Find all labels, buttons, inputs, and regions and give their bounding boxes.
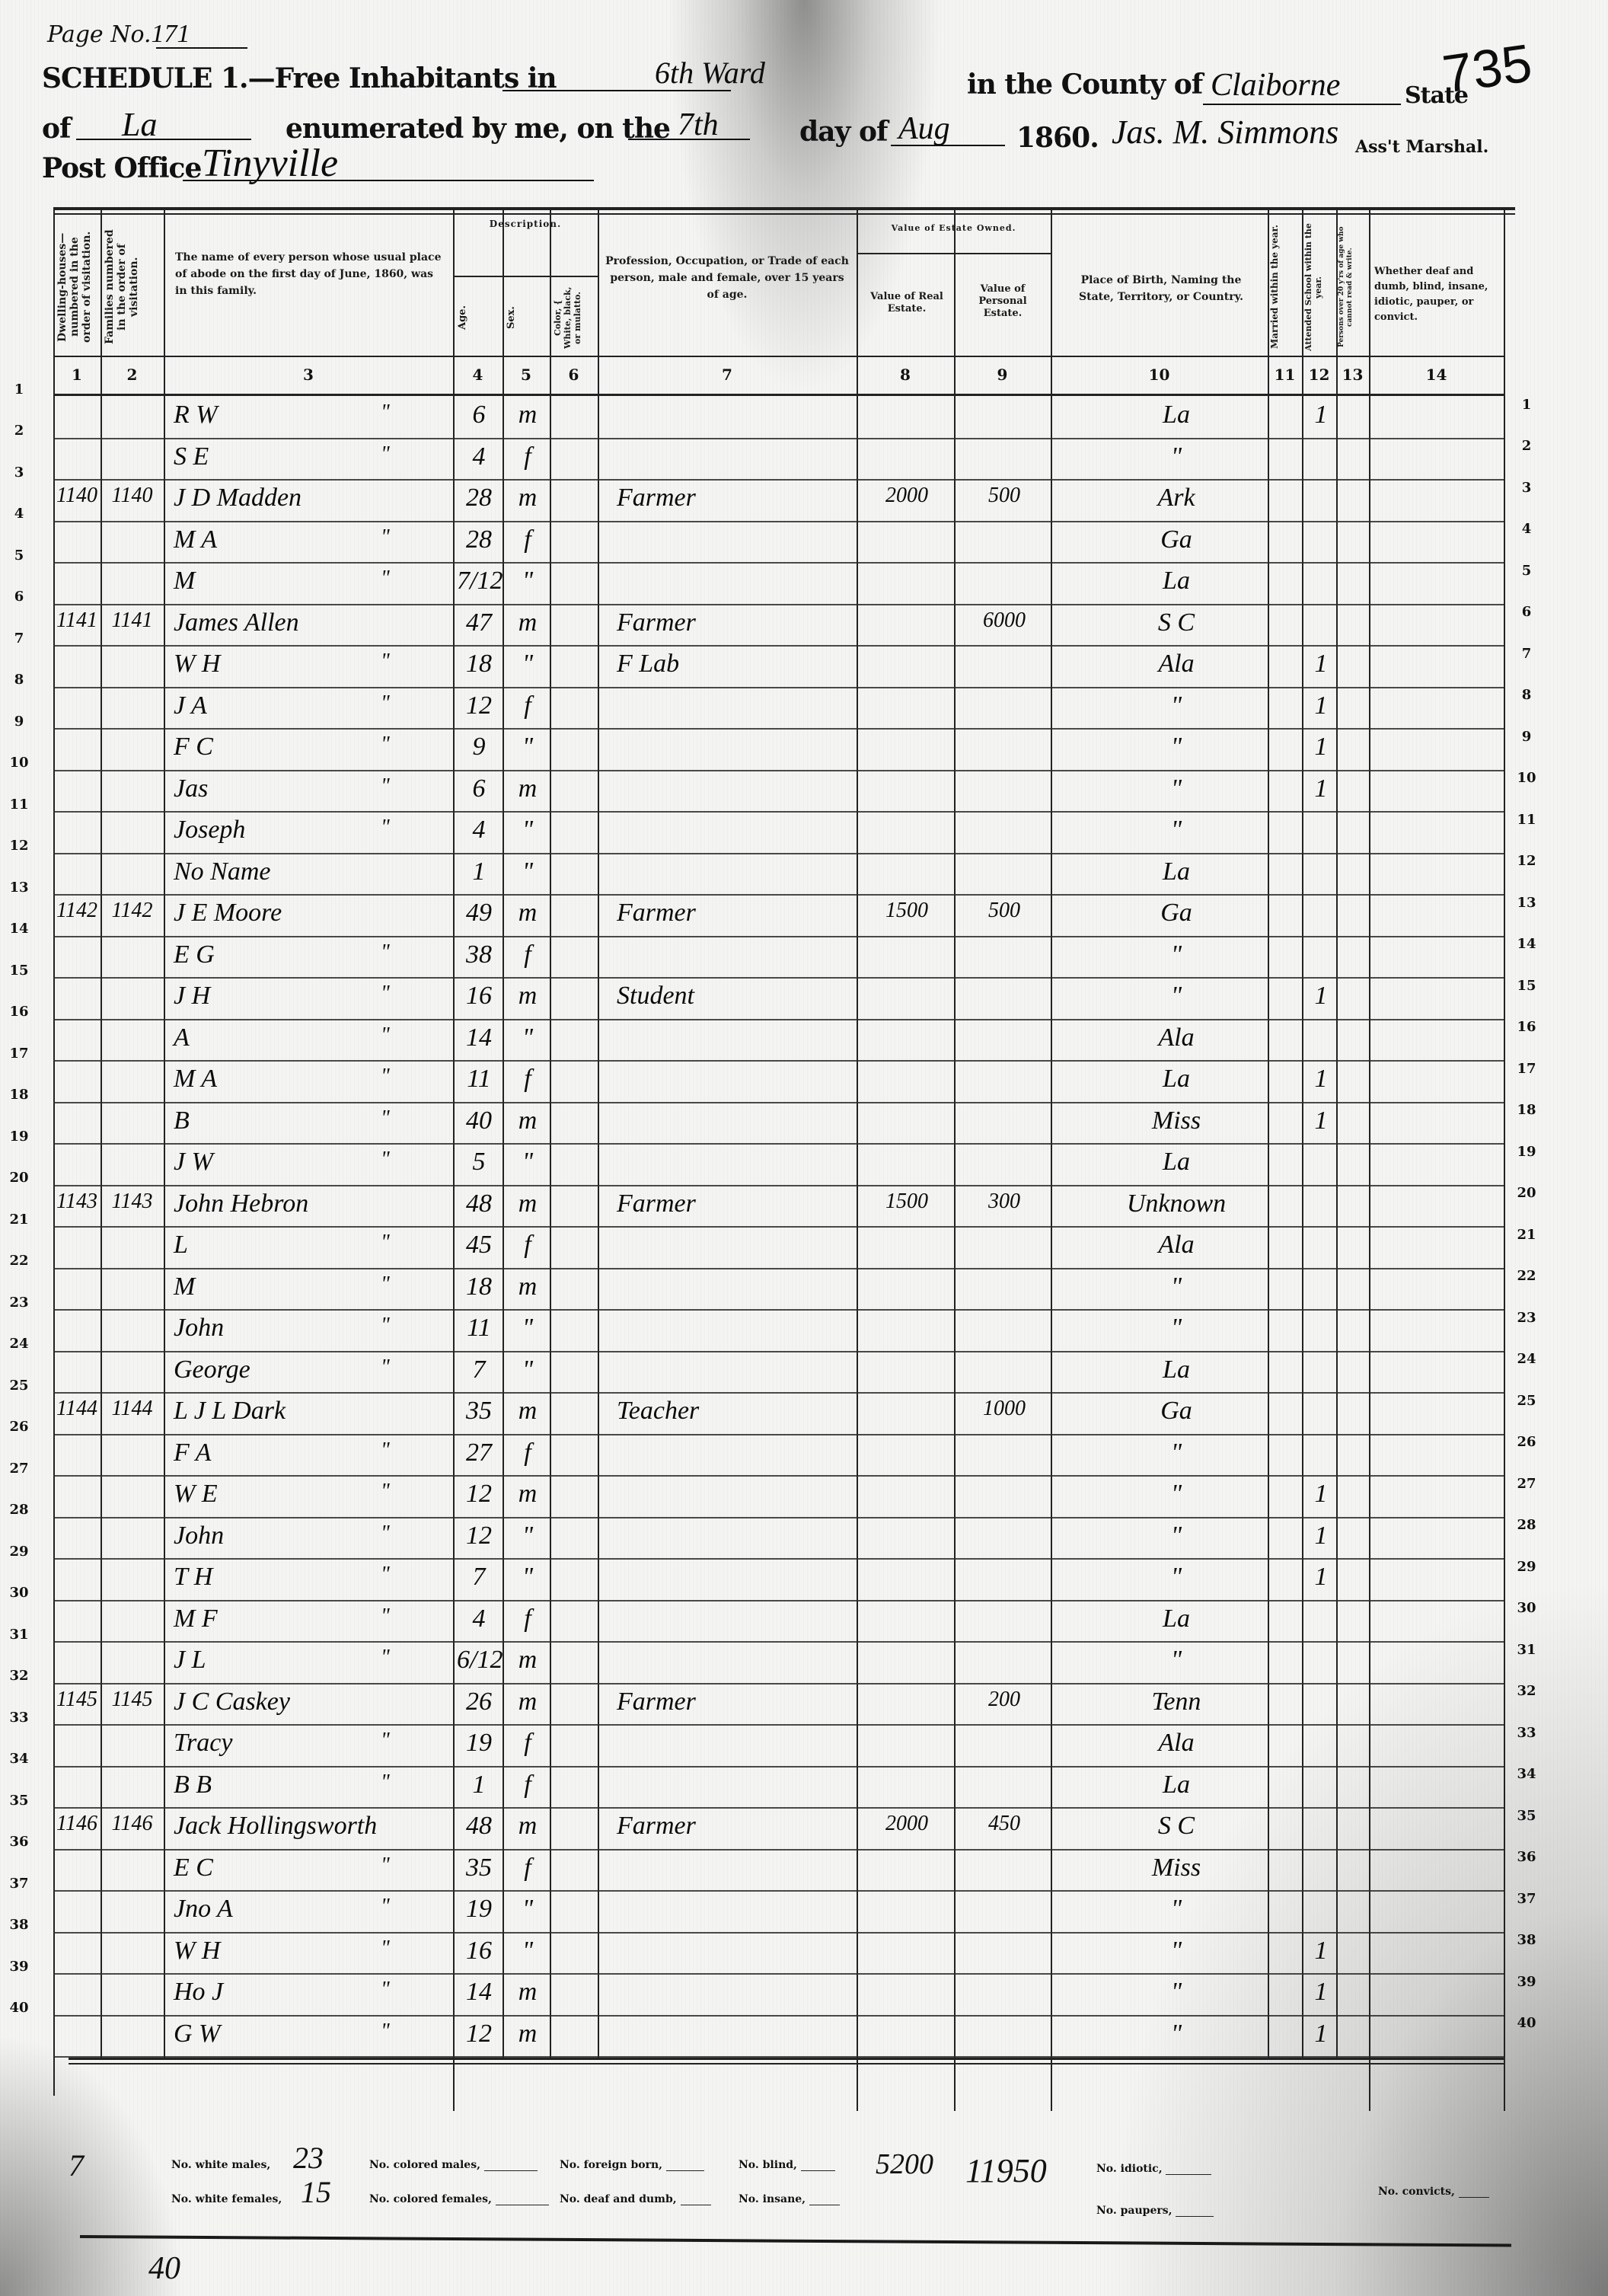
- age: 35: [457, 1854, 501, 1882]
- table-row: 2727W E"12m"1: [53, 1477, 1504, 1518]
- marshal-name: Jas. M. Simmons: [1112, 113, 1338, 152]
- row-number-right: 7: [1511, 646, 1542, 662]
- row-number-right: 18: [1511, 1102, 1542, 1118]
- col-header-personal-estate: Value of Personal Estate.: [958, 283, 1048, 320]
- row-number-right: 8: [1511, 687, 1542, 703]
- row-number-right: 39: [1511, 1974, 1542, 1990]
- sex: f: [507, 1854, 548, 1882]
- surname-ditto: ": [381, 1106, 411, 1131]
- age: 11: [457, 1314, 501, 1343]
- birthplace: ": [1089, 691, 1264, 720]
- age: 45: [457, 1231, 501, 1260]
- surname-ditto: ": [381, 1978, 411, 2002]
- col-number-7: 7: [598, 366, 857, 384]
- row-number-left: 20: [4, 1170, 34, 1186]
- sex: ": [507, 1314, 548, 1343]
- personal-estate-total: 11950: [965, 2151, 1047, 2190]
- occupation: Farmer: [617, 1190, 845, 1218]
- occupation: Teacher: [617, 1397, 845, 1426]
- row-number-right: 35: [1511, 1808, 1542, 1824]
- surname-ditto: ": [381, 1314, 411, 1338]
- person-name: S E: [174, 442, 387, 471]
- sex: m: [507, 982, 548, 1011]
- dwelling-number: 1145: [53, 1688, 100, 1712]
- dwelling-number: 1142: [53, 899, 100, 923]
- age: 11: [457, 1065, 501, 1094]
- row-number-right: 3: [1511, 480, 1542, 496]
- deaf-dumb-label: No. deaf and dumb,: [560, 2193, 711, 2205]
- col-header-family: Families numbered in the order of visita…: [104, 222, 161, 352]
- birthplace: ": [1089, 1895, 1264, 1924]
- sex: m: [507, 1106, 548, 1135]
- family-number: 1143: [100, 1190, 164, 1214]
- age: 6: [457, 774, 501, 803]
- table-row: 11R W"6mLa1: [53, 398, 1504, 439]
- col-number-5: 5: [502, 366, 550, 384]
- row-number-right: 19: [1511, 1144, 1542, 1160]
- table-row: 353511461146Jack Hollingsworth48mFarmer2…: [53, 1809, 1504, 1851]
- row-number-left: 13: [4, 880, 34, 896]
- sex: ": [507, 816, 548, 845]
- person-name: L J L Dark: [174, 1397, 387, 1426]
- personal-estate-value: 300: [959, 1190, 1049, 1214]
- row-number-left: 15: [4, 963, 34, 979]
- birthplace: ": [1089, 1480, 1264, 1509]
- age: 1: [457, 857, 501, 886]
- county-label: in the County of: [967, 69, 1202, 101]
- table-row: 99F C"9""1: [53, 730, 1504, 771]
- sex: ": [507, 857, 548, 886]
- row-number-left: 25: [4, 1378, 34, 1394]
- col-header-age: Age.: [457, 283, 501, 352]
- birthplace: La: [1089, 857, 1264, 886]
- table-row: 1919J W"5"La: [53, 1145, 1504, 1186]
- family-number: 1144: [100, 1397, 164, 1421]
- birthplace: ": [1089, 442, 1264, 471]
- surname-ditto: ": [381, 816, 411, 840]
- row-number-left: 33: [4, 1710, 34, 1726]
- white-females-count: 15: [301, 2174, 331, 2210]
- birthplace: ": [1089, 1978, 1264, 2007]
- table-row: 3333Tracy"19fAla: [53, 1726, 1504, 1768]
- row-number-left: 9: [4, 714, 34, 730]
- school-mark: 1: [1306, 401, 1336, 430]
- table-row: 3030M F"4fLa: [53, 1601, 1504, 1643]
- person-name: J E Moore: [174, 899, 387, 928]
- birthplace: La: [1089, 1356, 1264, 1384]
- surname-ditto: ": [381, 525, 411, 550]
- table-row: 131311421142J E Moore49mFarmer1500500Ga: [53, 896, 1504, 937]
- surname-ditto: ": [381, 567, 411, 591]
- day-value: 7th: [678, 107, 719, 143]
- page-number-label: Page No.171: [47, 20, 190, 49]
- person-name: G W: [174, 2020, 387, 2049]
- of-label: of: [42, 113, 71, 145]
- birthplace: Ala: [1089, 1231, 1264, 1260]
- age: 38: [457, 940, 501, 969]
- paupers-label: No. paupers,: [1096, 2205, 1214, 2217]
- surname-ditto: ": [381, 1605, 411, 1629]
- birthplace: Ga: [1089, 1397, 1264, 1426]
- age: 16: [457, 982, 501, 1011]
- school-mark: 1: [1306, 1978, 1336, 2007]
- row-number-right: 20: [1511, 1185, 1542, 1201]
- sex: f: [507, 940, 548, 969]
- sex: m: [507, 1688, 548, 1716]
- table-row: 1717M A"11fLa1: [53, 1062, 1504, 1103]
- white-males-count: 23: [293, 2140, 324, 2176]
- person-name: Jas: [174, 774, 387, 803]
- age: 4: [457, 816, 501, 845]
- school-mark: 1: [1306, 1480, 1336, 1509]
- row-number-left: 2: [4, 423, 34, 439]
- row-number-left: 40: [4, 2000, 34, 2016]
- col-number-12: 12: [1302, 366, 1336, 384]
- stamp-number: 735: [1439, 32, 1536, 104]
- foreign-born-label: No. foreign born,: [560, 2159, 704, 2171]
- table-row: 77W H"18"F LabAla1: [53, 647, 1504, 688]
- person-name: Jack Hollingsworth: [174, 1812, 387, 1841]
- birthplace: Ga: [1089, 899, 1264, 928]
- person-name: J C Caskey: [174, 1688, 387, 1716]
- surname-ditto: ": [381, 733, 411, 757]
- surname-ditto: ": [381, 1854, 411, 1878]
- person-name: Ho J: [174, 1978, 387, 2007]
- school-mark: 1: [1306, 1106, 1336, 1135]
- age: 28: [457, 484, 501, 513]
- table-row: 1616A"14"Ala: [53, 1020, 1504, 1062]
- person-name: F C: [174, 733, 387, 762]
- person-name: W H: [174, 1937, 387, 1965]
- age: 48: [457, 1812, 501, 1841]
- col-number-1: 1: [53, 366, 100, 384]
- age: 9: [457, 733, 501, 762]
- bottom-note: 40: [148, 2250, 180, 2287]
- birthplace: Ga: [1089, 525, 1264, 554]
- birthplace: ": [1089, 1522, 1264, 1550]
- col-number-13: 13: [1336, 366, 1369, 384]
- age: 4: [457, 442, 501, 471]
- person-name: George: [174, 1356, 387, 1384]
- birthplace: La: [1089, 401, 1264, 430]
- col-header-dwelling: Dwelling-houses—numbered in the order of…: [56, 222, 99, 352]
- convicts-label: No. convicts,: [1378, 2186, 1489, 2198]
- table-row: 4040G W"12m"1: [53, 2017, 1504, 2058]
- row-number-right: 38: [1511, 1932, 1542, 1948]
- footer-rule: [80, 2235, 1511, 2247]
- surname-ditto: ": [381, 1148, 411, 1172]
- sex: f: [507, 525, 548, 554]
- row-number-left: 29: [4, 1544, 34, 1560]
- sex: m: [507, 1978, 548, 2007]
- surname-ditto: ": [381, 1439, 411, 1463]
- sex: f: [507, 1065, 548, 1094]
- age: 47: [457, 608, 501, 637]
- person-name: M: [174, 567, 387, 596]
- row-number-left: 26: [4, 1419, 34, 1435]
- surname-ditto: ": [381, 1273, 411, 1297]
- person-name: E C: [174, 1854, 387, 1882]
- row-number-left: 11: [4, 797, 34, 813]
- birthplace: ": [1089, 1314, 1264, 1343]
- table-row: 2424George"7"La: [53, 1352, 1504, 1394]
- row-number-right: 1: [1511, 397, 1542, 413]
- row-number-right: 11: [1511, 812, 1542, 828]
- family-number: 1140: [100, 484, 164, 508]
- row-number-left: 32: [4, 1668, 34, 1684]
- sex: m: [507, 401, 548, 430]
- enumerated-label: enumerated by me, on the: [286, 113, 670, 145]
- surname-ditto: ": [381, 1937, 411, 1961]
- birthplace: Ala: [1089, 1023, 1264, 1052]
- table-row: 2626F A"27f": [53, 1435, 1504, 1477]
- col-header-real-estate: Value of Real Estate.: [862, 291, 952, 315]
- col-number-4: 4: [453, 366, 502, 384]
- table-row: 2323John"11"": [53, 1311, 1504, 1352]
- occupation: F Lab: [617, 650, 845, 679]
- occupation: Farmer: [617, 484, 845, 513]
- row-number-right: 5: [1511, 563, 1542, 579]
- row-number-left: 12: [4, 838, 34, 854]
- birthplace: Ala: [1089, 650, 1264, 679]
- person-name: J D Madden: [174, 484, 387, 513]
- age: 7: [457, 1356, 501, 1384]
- row-number-right: 15: [1511, 978, 1542, 994]
- surname-ditto: ": [381, 1023, 411, 1048]
- age: 19: [457, 1895, 501, 1924]
- col-number-14: 14: [1369, 366, 1504, 384]
- row-number-right: 28: [1511, 1517, 1542, 1533]
- occupation: Farmer: [617, 1812, 845, 1841]
- age: 12: [457, 691, 501, 720]
- age: 19: [457, 1729, 501, 1758]
- person-name: R W: [174, 401, 387, 430]
- birthplace: La: [1089, 1148, 1264, 1177]
- sex: ": [507, 1937, 548, 1965]
- occupation: Farmer: [617, 608, 845, 637]
- col-number-11: 11: [1268, 366, 1302, 384]
- birthplace: S C: [1089, 608, 1264, 637]
- age: 18: [457, 1273, 501, 1301]
- row-number-right: 6: [1511, 604, 1542, 620]
- school-mark: 1: [1306, 1937, 1336, 1965]
- col-header-infirmity: Whether deaf and dumb, blind, insane, id…: [1374, 264, 1500, 325]
- real-estate-total: 5200: [876, 2148, 933, 2181]
- row-number-left: 18: [4, 1087, 34, 1103]
- person-name: M F: [174, 1605, 387, 1633]
- row-number-right: 13: [1511, 895, 1542, 911]
- table-row: 1111Joseph"4"": [53, 813, 1504, 854]
- personal-estate-value: 6000: [959, 608, 1049, 633]
- birthplace: La: [1089, 1065, 1264, 1094]
- table-row: 252511441144L J L Dark35mTeacher1000Ga: [53, 1394, 1504, 1435]
- col-header-school: Attended School within the year.: [1303, 222, 1335, 352]
- sex: f: [507, 1729, 548, 1758]
- sex: ": [507, 1895, 548, 1924]
- person-name: A: [174, 1023, 387, 1052]
- sex: m: [507, 608, 548, 637]
- table-row: 2929T H"7""1: [53, 1560, 1504, 1601]
- school-mark: 1: [1306, 650, 1336, 679]
- table-row: 323211451145J C Caskey26mFarmer200Tenn: [53, 1684, 1504, 1726]
- real-estate-value: 1500: [862, 1190, 952, 1214]
- age: 48: [457, 1190, 501, 1218]
- col-header-occupation: Profession, Occupation, or Trade of each…: [605, 253, 849, 303]
- birthplace: ": [1089, 1273, 1264, 1301]
- sex: f: [507, 442, 548, 471]
- birthplace: Tenn: [1089, 1688, 1264, 1716]
- table-row: 3939Ho J"14m"1: [53, 1975, 1504, 2017]
- person-name: T H: [174, 1563, 387, 1592]
- surname-ditto: ": [381, 1522, 411, 1546]
- table-row: 1414E G"38f": [53, 937, 1504, 979]
- sex: m: [507, 1646, 548, 1675]
- personal-estate-value: 200: [959, 1688, 1049, 1712]
- col-number-3: 3: [164, 366, 453, 384]
- sex: m: [507, 1273, 548, 1301]
- surname-ditto: ": [381, 691, 411, 716]
- sex: f: [507, 1771, 548, 1799]
- sex: m: [507, 1812, 548, 1841]
- schedule-title: SCHEDULE 1.—Free Inhabitants in: [42, 62, 557, 94]
- birthplace: Ark: [1089, 484, 1264, 513]
- row-number-right: 30: [1511, 1600, 1542, 1616]
- col-header-description: Description.: [457, 218, 594, 230]
- post-office-label: Post Office: [42, 152, 201, 184]
- table-row: 44M A"28fGa: [53, 522, 1504, 564]
- age: 14: [457, 1978, 501, 2007]
- birthplace: Miss: [1089, 1854, 1264, 1882]
- table-row: 3636E C"35fMiss: [53, 1851, 1504, 1892]
- person-name: M A: [174, 1065, 387, 1094]
- surname-ditto: ": [381, 401, 411, 425]
- col-number-10: 10: [1051, 366, 1268, 384]
- row-number-right: 22: [1511, 1268, 1542, 1284]
- row-number-left: 38: [4, 1917, 34, 1933]
- col-header-sex: Sex.: [506, 283, 548, 352]
- white-females-label: No. white females,: [171, 2193, 282, 2205]
- surname-ditto: ": [381, 940, 411, 965]
- school-mark: 1: [1306, 982, 1336, 1011]
- personal-estate-value: 500: [959, 899, 1049, 923]
- birthplace: ": [1089, 2020, 1264, 2049]
- state-value: La: [122, 105, 157, 144]
- real-estate-value: 2000: [862, 1812, 952, 1836]
- month-value: Aug: [898, 110, 950, 147]
- personal-estate-value: 450: [959, 1812, 1049, 1836]
- person-name: J L: [174, 1646, 387, 1675]
- row-number-right: 26: [1511, 1434, 1542, 1450]
- insane-label: No. insane,: [739, 2193, 840, 2205]
- age: 35: [457, 1397, 501, 1426]
- row-number-right: 14: [1511, 936, 1542, 952]
- table-row: 3434B B"1fLa: [53, 1768, 1504, 1809]
- row-number-left: 23: [4, 1295, 34, 1311]
- person-name: No Name: [174, 857, 387, 886]
- birthplace: Ala: [1089, 1729, 1264, 1758]
- sex: m: [507, 899, 548, 928]
- row-number-right: 32: [1511, 1683, 1542, 1699]
- school-mark: 1: [1306, 1563, 1336, 1592]
- row-number-left: 35: [4, 1793, 34, 1809]
- row-number-left: 28: [4, 1502, 34, 1518]
- age: 12: [457, 2020, 501, 2049]
- dwelling-number: 1146: [53, 1812, 100, 1836]
- col-number-2: 2: [100, 366, 164, 384]
- surname-ditto: ": [381, 1563, 411, 1587]
- row-number-right: 34: [1511, 1766, 1542, 1782]
- row-number-right: 4: [1511, 521, 1542, 537]
- row-number-right: 36: [1511, 1849, 1542, 1865]
- white-males-label: No. white males,: [171, 2159, 270, 2171]
- sex: f: [507, 1439, 548, 1467]
- row-number-right: 9: [1511, 729, 1542, 745]
- person-name: J A: [174, 691, 387, 720]
- school-mark: 1: [1306, 2020, 1336, 2049]
- age: 49: [457, 899, 501, 928]
- school-mark: 1: [1306, 691, 1336, 720]
- person-name: J H: [174, 982, 387, 1011]
- person-name: W H: [174, 650, 387, 679]
- table-row: 6611411141James Allen47mFarmer6000S C: [53, 605, 1504, 647]
- occupation: Farmer: [617, 899, 845, 928]
- sex: ": [507, 1148, 548, 1177]
- birthplace: Unknown: [1089, 1190, 1264, 1218]
- surname-ditto: ": [381, 650, 411, 674]
- row-number-left: 10: [4, 755, 34, 771]
- surname-ditto: ": [381, 1771, 411, 1795]
- birthplace: La: [1089, 1771, 1264, 1799]
- person-name: F A: [174, 1439, 387, 1467]
- sex: ": [507, 1563, 548, 1592]
- person-name: M A: [174, 525, 387, 554]
- family-number: 1141: [100, 608, 164, 633]
- sex: m: [507, 2020, 548, 2049]
- person-name: E G: [174, 940, 387, 969]
- person-name: B B: [174, 1771, 387, 1799]
- row-number-right: 12: [1511, 853, 1542, 869]
- day-of-label: day of: [799, 116, 887, 148]
- table-row: 88J A"12f"1: [53, 688, 1504, 730]
- sex: ": [507, 1356, 548, 1384]
- sex: f: [507, 1605, 548, 1633]
- table-row: 1010Jas"6m"1: [53, 771, 1504, 813]
- colored-males-label: No. colored males,: [369, 2159, 538, 2171]
- col-number-9: 9: [954, 366, 1051, 384]
- surname-ditto: ": [381, 442, 411, 467]
- age: 16: [457, 1937, 501, 1965]
- row-number-left: 8: [4, 672, 34, 688]
- row-number-right: 25: [1511, 1393, 1542, 1409]
- birthplace: ": [1089, 1646, 1264, 1675]
- row-number-left: 22: [4, 1253, 34, 1269]
- personal-estate-value: 1000: [959, 1397, 1049, 1421]
- person-name: M: [174, 1273, 387, 1301]
- person-name: John Hebron: [174, 1190, 387, 1218]
- table-row: 3311401140J D Madden28mFarmer2000500Ark: [53, 481, 1504, 522]
- birthplace: ": [1089, 940, 1264, 969]
- col-header-estate: Value of Estate Owned.: [860, 222, 1047, 235]
- row-number-left: 24: [4, 1336, 34, 1352]
- age: 6/12: [457, 1646, 501, 1675]
- ward-value: 6th Ward: [655, 55, 765, 91]
- row-number-left: 27: [4, 1461, 34, 1477]
- birthplace: La: [1089, 1605, 1264, 1633]
- table-row: 202011431143John Hebron48mFarmer1500300U…: [53, 1186, 1504, 1228]
- row-number-right: 10: [1511, 770, 1542, 786]
- row-number-right: 17: [1511, 1061, 1542, 1077]
- school-mark: 1: [1306, 1065, 1336, 1094]
